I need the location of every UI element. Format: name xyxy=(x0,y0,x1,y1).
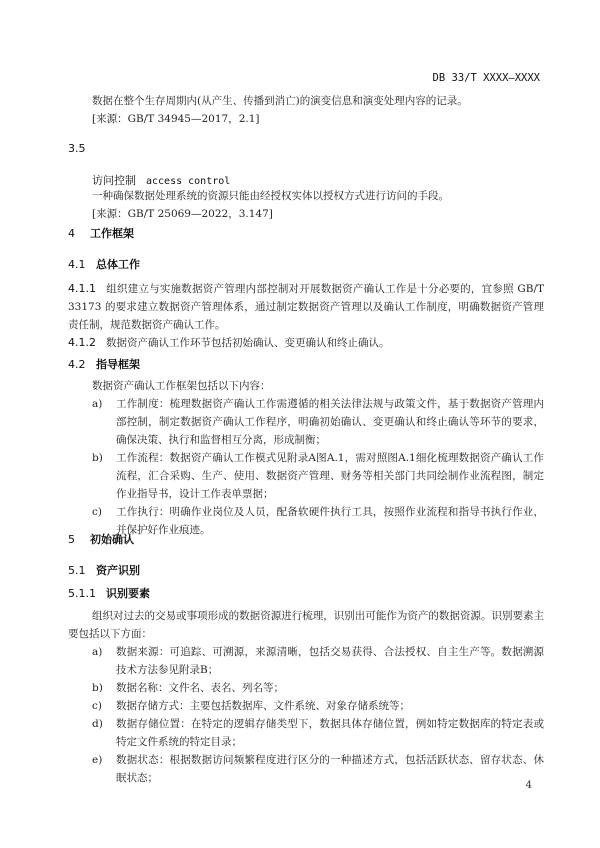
heading-5-1: 5.1资产识别 xyxy=(68,562,140,578)
intro-5-1-1: 组织对过去的交易或事项形成的数据资源进行梳理，识别出可能作为资产的数据资源。识别… xyxy=(68,607,544,643)
clause-4-1-1: 4.1.1组织建立与实施数据资产管理内部控制对开展数据资产确认工作是十分必要的，… xyxy=(68,280,544,334)
list-item: a)数据来源：可追踪、可溯源，来源清晰，包括交易获得、合法授权、自主生产等。数据… xyxy=(92,643,544,679)
standard-code: DB 33/T XXXX—XXXX xyxy=(433,72,540,84)
term-cn: 访问控制 xyxy=(92,174,136,187)
list-4-2: a)工作制度：梳理数据资产确认工作需遵循的相关法律法规与政策文件，基于数据资产管… xyxy=(92,395,544,539)
list-item: e)数据状态：根据数据访问频繁程度进行区分的一种描述方式，包括活跃状态、留存状态… xyxy=(92,751,544,787)
term-3-5: 访问控制access control xyxy=(92,172,230,188)
heading-4: 4工作框架 xyxy=(68,225,134,241)
term-number-3-5: 3.5 xyxy=(68,142,86,155)
definition-3-4: 数据在整个生存周期内(从产生、传播到消亡)的演变信息和演变处理内容的记录。 xyxy=(92,92,544,110)
list-item: c)数据存储方式：主要包括数据库、文件系统、对象存储系统等； xyxy=(92,697,544,715)
list-item: d)数据存储位置：在特定的逻辑存储类型下，数据具体存储位置，例如特定数据库的特定… xyxy=(92,715,544,751)
clause-4-1-2: 4.1.2数据资产确认工作环节包括初始确认、变更确认和终止确认。 xyxy=(68,334,544,352)
list-item: b)数据名称：文件名、表名、列名等； xyxy=(92,679,544,697)
term-en: access control xyxy=(146,176,230,187)
definition-3-5: 一种确保数据处理系统的资源只能由经授权实体以授权方式进行访问的手段。 xyxy=(92,187,544,205)
source-3-5: [来源：GB/T 25069—2022，3.147] xyxy=(92,205,544,223)
heading-5-1-1: 5.1.1识别要素 xyxy=(68,585,150,601)
list-item: c)工作执行：明确作业岗位及人员，配备软硬件执行工具，按照作业流程和指导书执行作… xyxy=(92,503,544,539)
heading-4-2: 4.2指导框架 xyxy=(68,356,140,372)
heading-4-1: 4.1总体工作 xyxy=(68,256,140,272)
heading-5: 5初始确认 xyxy=(68,531,134,547)
document-page: DB 33/T XXXX—XXXX 数据在整个生存周期内(从产生、传播到消亡)的… xyxy=(0,0,600,848)
list-item: a)工作制度：梳理数据资产确认工作需遵循的相关法律法规与政策文件，基于数据资产管… xyxy=(92,395,544,449)
list-5-1-1: a)数据来源：可追踪、可溯源，来源清晰，包括交易获得、合法授权、自主生产等。数据… xyxy=(92,643,544,787)
list-item: b)工作流程：数据资产确认工作模式见附录A图A.1，需对照图A.1细化梳理数据资… xyxy=(92,449,544,503)
source-3-4: [来源：GB/T 34945—2017，2.1] xyxy=(92,110,544,128)
page-number: 4 xyxy=(526,780,532,791)
intro-4-2: 数据资产确认工作框架包括以下内容： xyxy=(92,377,544,395)
